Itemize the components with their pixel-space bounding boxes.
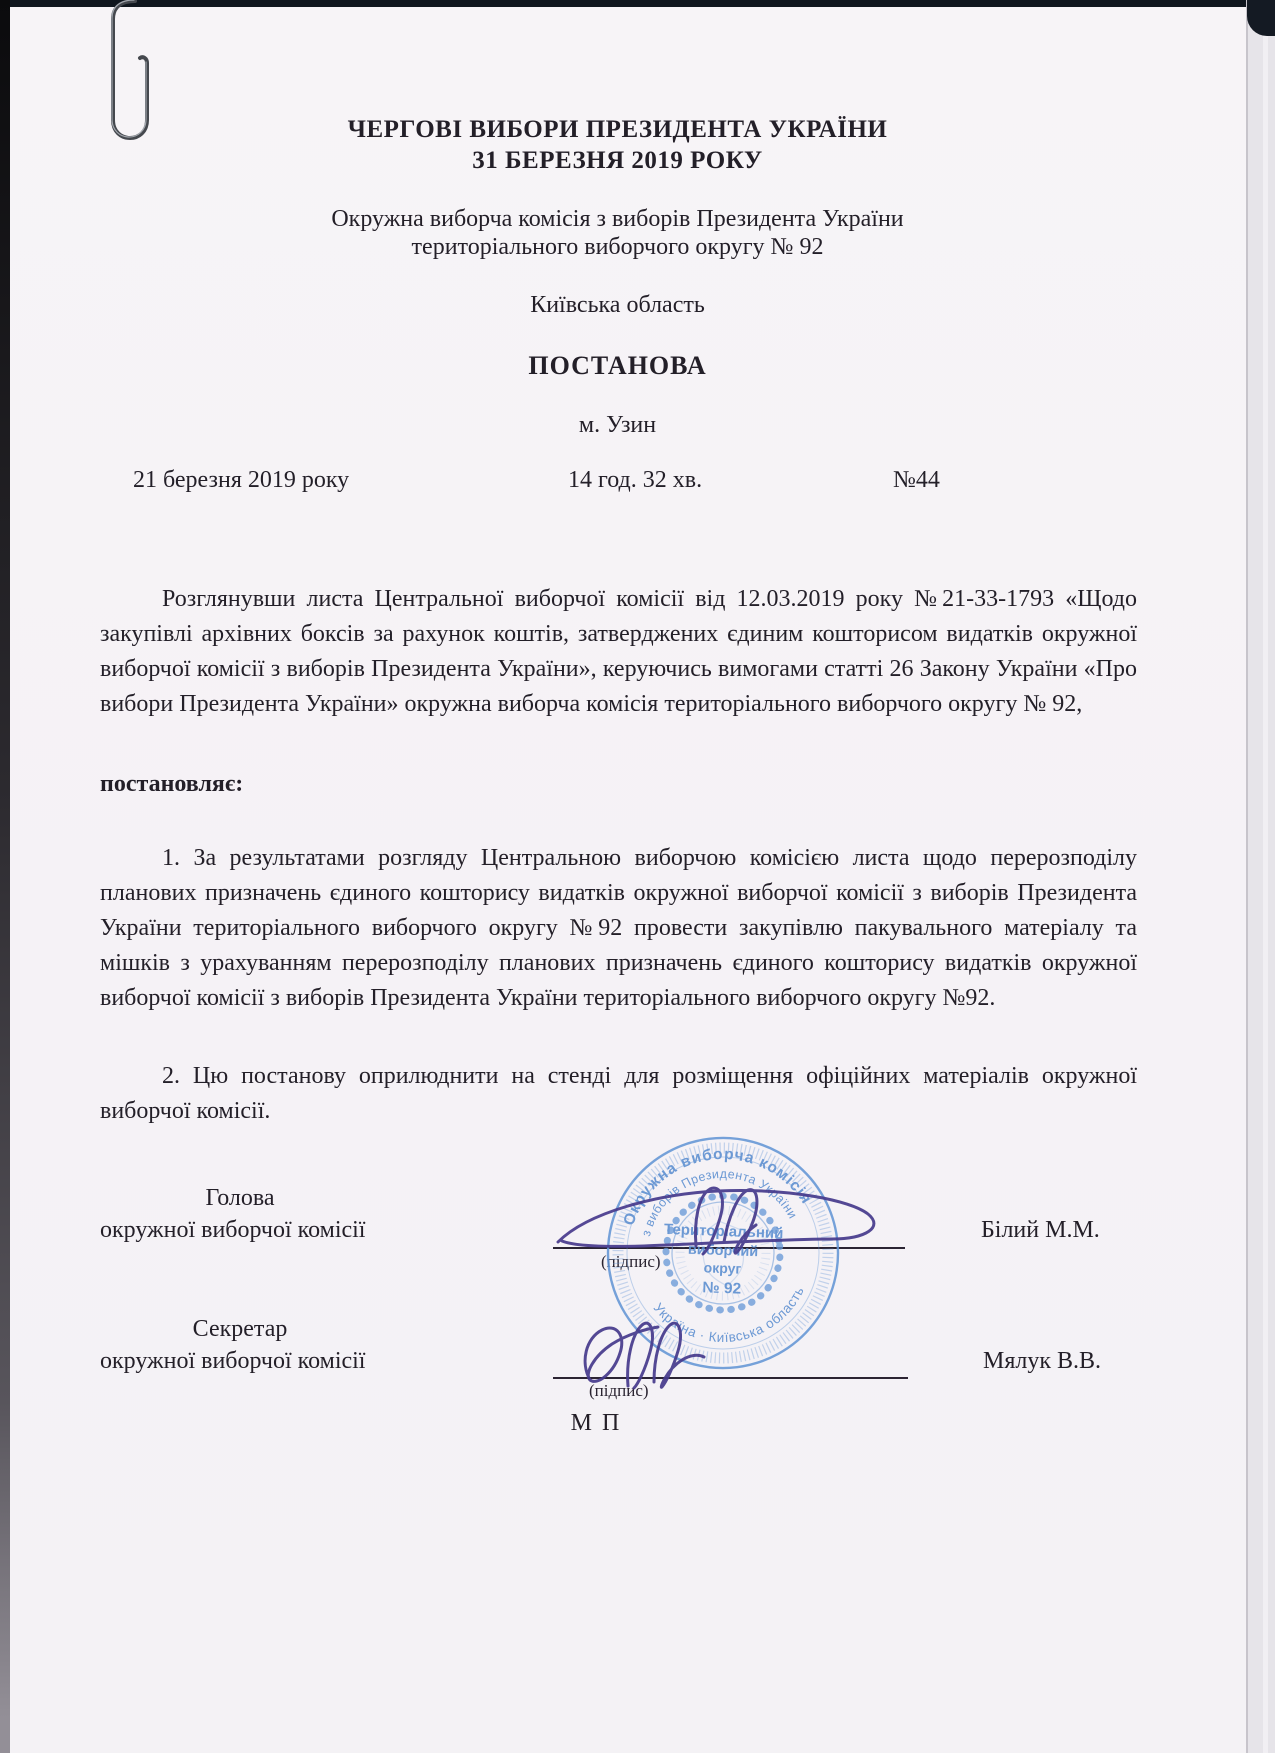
item-2-paragraph: 2. Цю постанову оприлюднити на стенді дл… bbox=[100, 1059, 1137, 1129]
seal-mark: М П bbox=[536, 1410, 656, 1437]
region-label: Київська область bbox=[95, 292, 1140, 319]
commission-line1: Окружна виборча комісія з виборів Презид… bbox=[95, 206, 1140, 233]
signature-ink-2 bbox=[568, 1308, 723, 1403]
scan-edge-top bbox=[0, 0, 1275, 7]
preamble-paragraph: Розглянувши листа Центральної виборчої к… bbox=[100, 582, 1137, 722]
signer1-role-line1: Голова bbox=[100, 1185, 380, 1212]
city-label: м. Узин bbox=[95, 412, 1140, 439]
page-title-line2: 31 БЕРЕЗНЯ 2019 РОКУ bbox=[95, 147, 1140, 175]
commission-line2: територіального виборчого округу № 92 bbox=[95, 234, 1140, 261]
scanned-document: ЧЕРГОВІ ВИБОРИ ПРЕЗИДЕНТА УКРАЇНИ 31 БЕР… bbox=[0, 0, 1275, 1753]
paper-edge-right bbox=[1246, 0, 1248, 1753]
paperclip-icon bbox=[96, 0, 168, 165]
scan-backing-right bbox=[1248, 0, 1275, 1753]
item-1-paragraph: 1. За результатами розгляду Центральною … bbox=[100, 841, 1137, 1016]
second-sheet-edge bbox=[1263, 6, 1268, 1753]
signer1-name: Білий М.М. bbox=[981, 1217, 1100, 1244]
signer2-name: Мялук В.В. bbox=[983, 1348, 1101, 1375]
signer2-role-line2: окружної виборчої комісії bbox=[100, 1348, 400, 1375]
signer2-role-line1: Секретар bbox=[100, 1316, 380, 1343]
scan-edge-left bbox=[0, 0, 10, 1753]
page-title-line1: ЧЕРГОВІ ВИБОРИ ПРЕЗИДЕНТА УКРАЇНИ bbox=[95, 116, 1140, 144]
doc-type-title: ПОСТАНОВА bbox=[95, 351, 1140, 381]
time-value: 14 год. 32 хв. bbox=[568, 467, 702, 494]
signature-ink-1 bbox=[548, 1178, 928, 1278]
resolves-label: постановляє: bbox=[100, 771, 243, 798]
stamp-center-line4: № 92 bbox=[702, 1279, 741, 1297]
number-value: №44 bbox=[893, 467, 940, 494]
date-value: 21 березня 2019 року bbox=[133, 467, 349, 494]
signer1-role-line2: окружної виборчої комісії bbox=[100, 1217, 400, 1244]
